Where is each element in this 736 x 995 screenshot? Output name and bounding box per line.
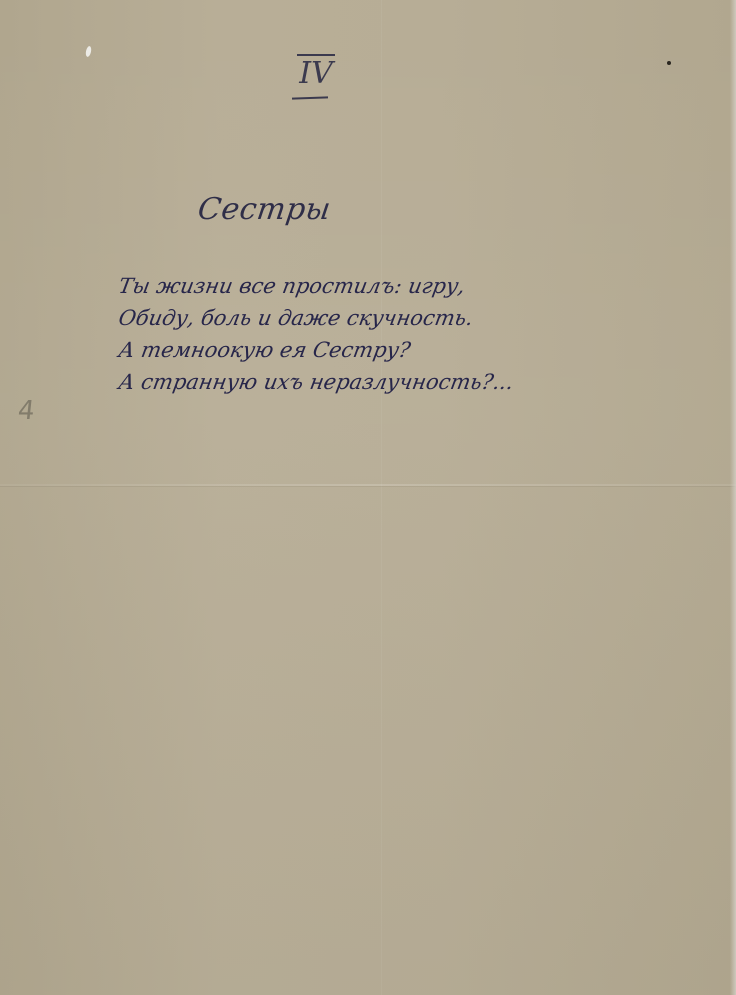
margin-page-number: 4 [16, 396, 36, 426]
ink-dot [667, 61, 671, 65]
poem-line-1: Ты жизни все простилъ: игру, [116, 270, 622, 302]
numeral-underline [292, 96, 328, 99]
paper-blemish-light [85, 46, 92, 58]
poem-line-2: Обиду, боль и даже скучность. [116, 302, 622, 334]
manuscript-page: IV Сестры Ты жизни все простилъ: игру, О… [0, 0, 736, 995]
poem-body: Ты жизни все простилъ: игру, Обиду, боль… [116, 270, 616, 398]
paper-right-edge [730, 0, 736, 995]
numeral-text: IV [292, 53, 340, 91]
poem-line-4: А странную ихъ неразлучность?... [116, 366, 622, 398]
poem-line-3: А темноокую ея Сестру? [116, 334, 622, 366]
vertical-fold-line [381, 0, 382, 995]
numeral-overline [297, 54, 335, 56]
horizontal-fold-shadow [0, 486, 736, 487]
poem-title: Сестры [195, 190, 333, 230]
section-numeral: IV [292, 53, 340, 91]
